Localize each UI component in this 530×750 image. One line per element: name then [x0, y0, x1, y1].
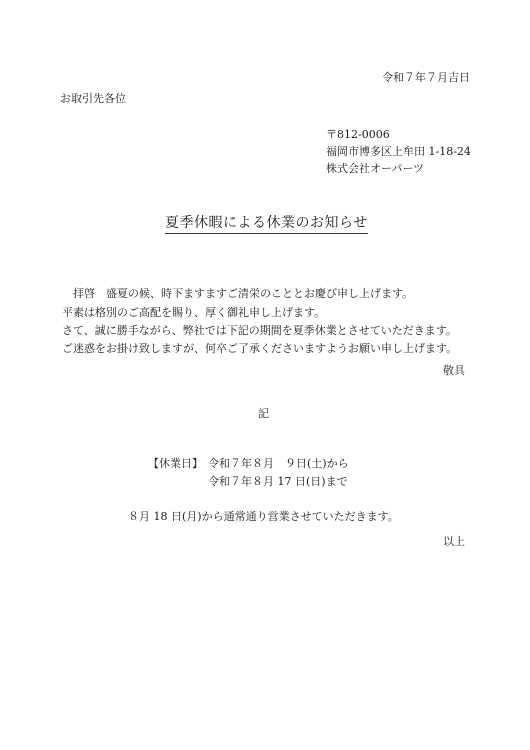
- page-title: 夏季休暇による休業のお知らせ: [165, 214, 368, 234]
- holiday-start: 令和７年８月 ９日(土)から: [208, 457, 349, 471]
- postal-code: 〒812-0006: [326, 128, 390, 142]
- sender-address: 福岡市博多区上牟田 1-18-24: [326, 145, 471, 159]
- body-line-4: ご迷惑をお掛け致しますが、何卒ご了承くださいますようお願い申し上げます。: [62, 342, 457, 356]
- holiday-label: 【休業日】: [148, 457, 203, 471]
- resume-notice: ８月 18 日(月)から通常通り営業させていただきます。: [128, 510, 399, 524]
- letter-date: 令和７年７月吉日: [382, 71, 470, 85]
- body-line-1: 拝啓 盛夏の候、時下ますますご清栄のこととお慶び申し上げます。: [62, 287, 413, 301]
- ki-heading: 記: [258, 407, 269, 421]
- holiday-end: 令和７年８月 17 日(日)まで: [208, 475, 348, 489]
- sender-company: 株式会社オーパーツ: [326, 162, 424, 176]
- body-line-2: 平素は格別のご高配を賜り、厚く御礼申し上げます。: [62, 306, 325, 320]
- recipient: お取引先各位: [60, 92, 126, 106]
- closing-keigu: 敬具: [443, 364, 465, 378]
- body-line-3: さて、誠に勝手ながら、弊社では下記の期間を夏季休業とさせていただきます。: [62, 324, 457, 338]
- end-mark: 以上: [443, 535, 465, 549]
